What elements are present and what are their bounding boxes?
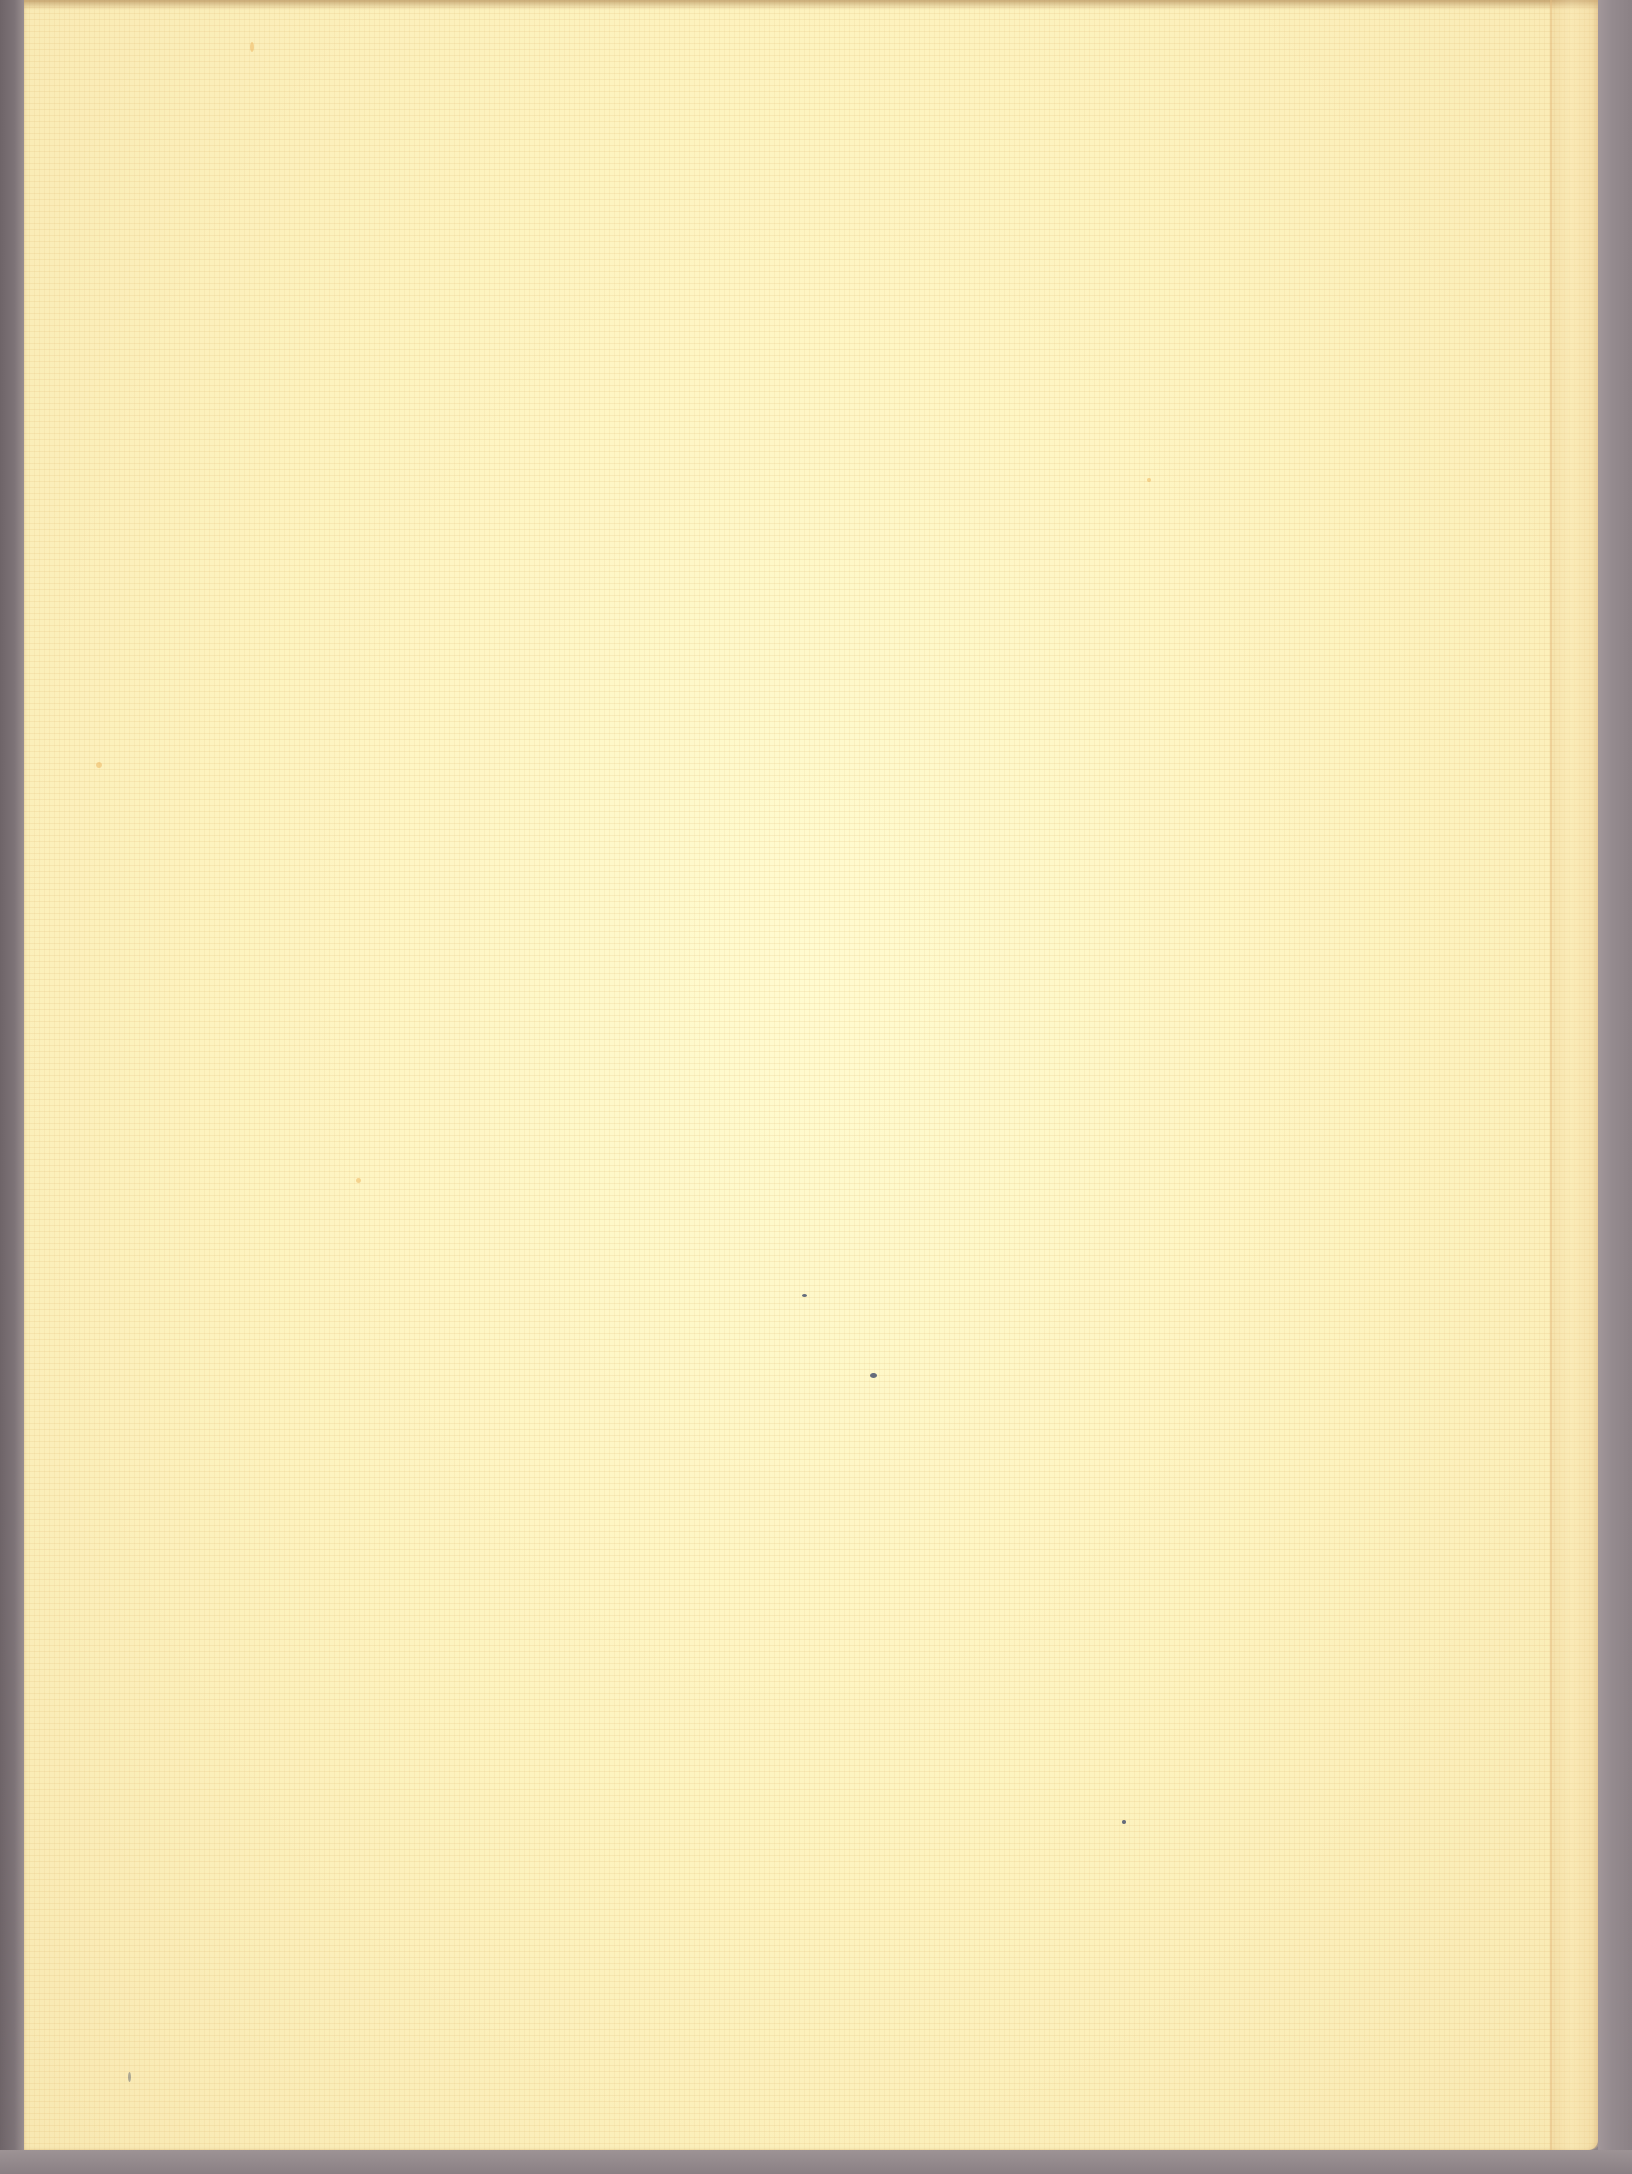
book-cover — [24, 0, 1598, 2150]
background-bottom-edge — [0, 2150, 1632, 2174]
cover-speck — [870, 1373, 877, 1378]
cover-speck — [128, 2072, 131, 2082]
cover-speck — [802, 1294, 807, 1297]
cover-stain — [250, 42, 254, 52]
cover-speck — [1122, 1820, 1126, 1824]
cover-stain — [96, 762, 102, 768]
background-right-edge — [1598, 0, 1632, 2174]
background-left-edge — [0, 0, 24, 2174]
cover-stain — [356, 1178, 361, 1183]
cover-top-edge-shadow — [24, 0, 1598, 10]
cover-stain — [1147, 478, 1151, 482]
cover-hinge-groove — [1550, 0, 1600, 2150]
